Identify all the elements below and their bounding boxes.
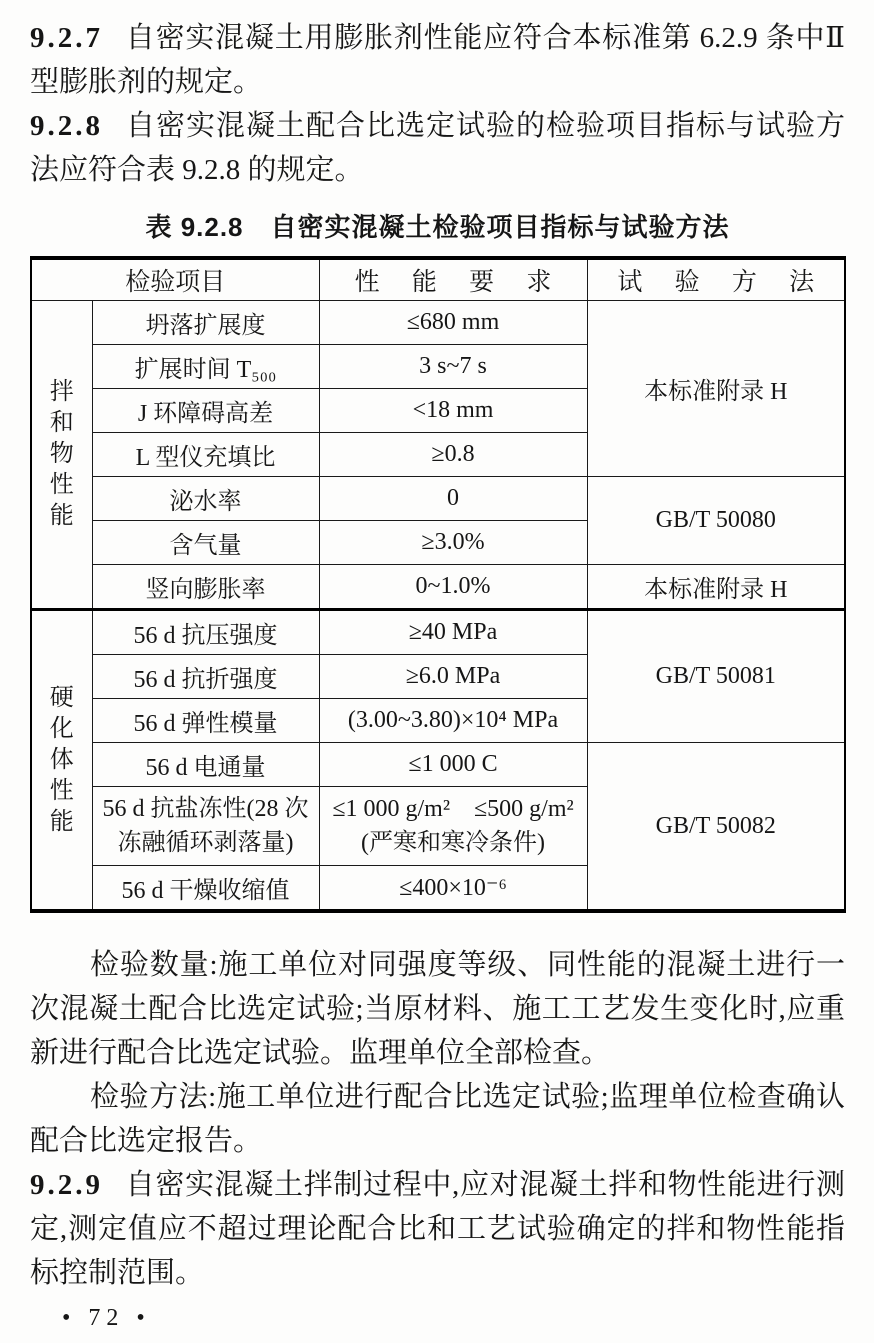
item-cell: 56 d 电通量 bbox=[92, 743, 319, 787]
clause-9-2-7: 9.2.7自密实混凝土用膨胀剂性能应符合本标准第 6.2.9 条中Ⅱ型膨胀剂的规… bbox=[30, 16, 845, 104]
clause-9-2-9: 9.2.9自密实混凝土拌制过程中,应对混凝土拌和物性能进行测定,测定值应不超过理… bbox=[30, 1163, 845, 1295]
item-cell: 56 d 弹性模量 bbox=[92, 699, 319, 743]
item-cell: L 型仪充填比 bbox=[92, 433, 319, 477]
value-cell: ≥3.0% bbox=[319, 521, 587, 565]
value-cell: 3 s~7 s bbox=[319, 345, 587, 389]
clause-text: 自密实混凝土配合比选定试验的检验项目指标与试验方法应符合表 9.2.8 的规定。 bbox=[30, 110, 845, 186]
header-performance-requirement: 性 能 要 求 bbox=[319, 258, 587, 301]
item-cell: 扩展时间 T₅₀₀ bbox=[92, 345, 319, 389]
value-cell: ≤1 000 C bbox=[319, 743, 587, 787]
method-cell: 本标准附录 H bbox=[587, 301, 845, 477]
item-cell: 泌水率 bbox=[92, 477, 319, 521]
group-label-hardened-performance: 硬 化 体 性 能 bbox=[31, 610, 92, 912]
value-cell: ≤400×10⁻⁶ bbox=[319, 866, 587, 912]
group-label-mixture-performance: 拌 和 物 性 能 bbox=[31, 301, 92, 610]
item-cell: 56 d 抗盐冻性(28 次 冻融循环剥落量) bbox=[92, 787, 319, 866]
value-cell: ≥0.8 bbox=[319, 433, 587, 477]
value-cell: ≤680 mm bbox=[319, 301, 587, 345]
clause-number: 9.2.7 bbox=[30, 22, 103, 54]
table-row: 拌 和 物 性 能 坍落扩展度 ≤680 mm 本标准附录 H bbox=[31, 301, 845, 345]
clause-number: 9.2.8 bbox=[30, 110, 103, 142]
note-inspection-quantity: 检验数量:施工单位对同强度等级、同性能的混凝土进行一次混凝土配合比选定试验;当原… bbox=[30, 943, 845, 1075]
value-cell: 0 bbox=[319, 477, 587, 521]
item-cell: 竖向膨胀率 bbox=[92, 565, 319, 610]
method-cell: GB/T 50081 bbox=[587, 610, 845, 743]
table-caption: 表 9.2.8 自密实混凝土检验项目指标与试验方法 bbox=[30, 212, 845, 242]
table-row: 泌水率 0 GB/T 50080 bbox=[31, 477, 845, 521]
header-inspection-item: 检验项目 bbox=[31, 258, 319, 301]
inspection-items-table: 检验项目 性 能 要 求 试 验 方 法 拌 和 物 性 能 坍落扩展度 ≤68… bbox=[30, 256, 846, 913]
header-test-method: 试 验 方 法 bbox=[587, 258, 845, 301]
clause-text: 自密实混凝土拌制过程中,应对混凝土拌和物性能进行测定,测定值应不超过理论配合比和… bbox=[30, 1169, 845, 1289]
item-cell: 含气量 bbox=[92, 521, 319, 565]
standard-document-page: 9.2.7自密实混凝土用膨胀剂性能应符合本标准第 6.2.9 条中Ⅱ型膨胀剂的规… bbox=[0, 0, 874, 1343]
item-cell: 56 d 抗压强度 bbox=[92, 610, 319, 655]
method-cell: GB/T 50080 bbox=[587, 477, 845, 565]
value-cell: ≤1 000 g/m² ≤500 g/m² (严寒和寒冷条件) bbox=[319, 787, 587, 866]
page-number: • 72 • bbox=[62, 1303, 845, 1333]
item-cell: 56 d 抗折强度 bbox=[92, 655, 319, 699]
clause-text: 自密实混凝土用膨胀剂性能应符合本标准第 6.2.9 条中Ⅱ型膨胀剂的规定。 bbox=[30, 22, 845, 98]
method-cell: GB/T 50082 bbox=[587, 743, 845, 912]
value-cell: <18 mm bbox=[319, 389, 587, 433]
item-cell: 坍落扩展度 bbox=[92, 301, 319, 345]
value-cell: 0~1.0% bbox=[319, 565, 587, 610]
clause-9-2-8: 9.2.8自密实混凝土配合比选定试验的检验项目指标与试验方法应符合表 9.2.8… bbox=[30, 104, 845, 192]
value-cell: ≥40 MPa bbox=[319, 610, 587, 655]
note-inspection-method: 检验方法:施工单位进行配合比选定试验;监理单位检查确认配合比选定报告。 bbox=[30, 1075, 845, 1163]
table-row: 硬 化 体 性 能 56 d 抗压强度 ≥40 MPa GB/T 50081 bbox=[31, 610, 845, 655]
table-row: 竖向膨胀率 0~1.0% 本标准附录 H bbox=[31, 565, 845, 610]
clause-number: 9.2.9 bbox=[30, 1169, 103, 1201]
item-cell: 56 d 干燥收缩值 bbox=[92, 866, 319, 912]
method-cell: 本标准附录 H bbox=[587, 565, 845, 610]
table-header-row: 检验项目 性 能 要 求 试 验 方 法 bbox=[31, 258, 845, 301]
value-cell: ≥6.0 MPa bbox=[319, 655, 587, 699]
table-row: 56 d 电通量 ≤1 000 C GB/T 50082 bbox=[31, 743, 845, 787]
item-cell: J 环障碍高差 bbox=[92, 389, 319, 433]
value-cell: (3.00~3.80)×10⁴ MPa bbox=[319, 699, 587, 743]
